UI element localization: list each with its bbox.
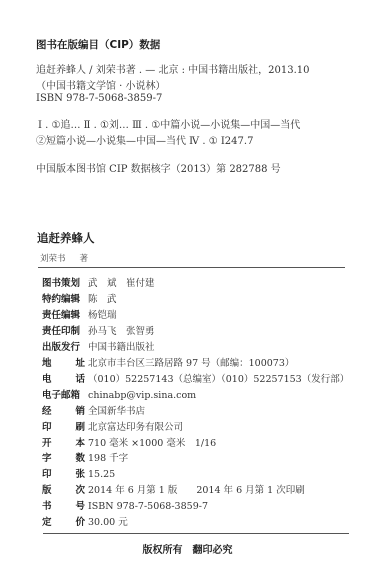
- credit-label: 地址: [42, 357, 85, 371]
- credit-row: 印刷北京富达印务有限公司: [42, 421, 183, 435]
- credit-label-part: 经: [42, 405, 52, 419]
- credit-label: 经销: [42, 405, 85, 419]
- credit-label-part: 责任编辑: [42, 309, 80, 323]
- credit-label-part: 印: [42, 468, 52, 482]
- credit-label: 电子邮箱: [42, 389, 85, 403]
- book-title: 追赶养蜂人: [37, 230, 95, 246]
- credit-value: 中国书籍出版社: [88, 341, 155, 355]
- credit-label-part: 价: [75, 516, 85, 530]
- copyright-text: 版权所有: [143, 545, 183, 556]
- credit-label-part: 电: [42, 373, 52, 387]
- cip-number: 中国版本图书馆 CIP 数据核字（2013）第 282788 号: [36, 160, 281, 175]
- credit-label-part: 图书策划: [42, 277, 80, 291]
- credit-value: （010）52257143（总编室）（010）52257153（发行部）: [88, 373, 349, 387]
- credit-label-part: 号: [75, 500, 85, 514]
- piracy-warning: 翻印必究: [193, 545, 233, 556]
- credit-value: 孙马飞 张智勇: [88, 325, 155, 339]
- credit-label: 开本: [42, 437, 85, 451]
- credit-row: 电话（010）52257143（总编室）（010）52257153（发行部）: [42, 373, 349, 387]
- credit-label-part: 张: [75, 468, 85, 482]
- author-name: 刘荣书: [40, 254, 66, 264]
- credit-label-part: 销: [75, 405, 85, 419]
- credit-label-part: 印: [42, 421, 52, 435]
- credit-row: 特约编辑陈 武: [42, 293, 117, 307]
- credit-label-part: 字: [42, 452, 52, 466]
- credit-value: 陈 武: [88, 293, 117, 307]
- copyright-notice: 版权所有翻印必究: [0, 541, 375, 556]
- cip-classification-line: ②短篇小说—小说集—中国—当代 Ⅳ . ① I247.7: [36, 132, 253, 147]
- credit-row: 定价30.00 元: [42, 516, 128, 530]
- credit-row: 责任编辑杨铠瑞: [42, 309, 117, 323]
- credit-row: 经销全国新华书店: [42, 405, 145, 419]
- credit-label: 字数: [42, 452, 85, 466]
- author-role: 著: [80, 254, 89, 264]
- credit-label: 责任印制: [42, 325, 85, 339]
- credit-label: 印张: [42, 468, 85, 482]
- credit-value: 全国新华书店: [88, 405, 145, 419]
- book-author: 刘荣书著: [40, 252, 88, 264]
- credit-row: 印张15.25: [42, 468, 115, 482]
- credit-label: 印刷: [42, 421, 85, 435]
- credit-label: 出版发行: [42, 341, 85, 355]
- credit-row: 版次2014 年 6 月第 1 版 2014 年 6 月第 1 次印刷: [42, 484, 305, 498]
- credit-label-part: 开: [42, 437, 52, 451]
- credit-label-part: 数: [75, 452, 85, 466]
- credit-label: 特约编辑: [42, 293, 85, 307]
- credit-label-part: 次: [75, 484, 85, 498]
- credit-label-part: 址: [75, 357, 85, 371]
- credit-label: 版次: [42, 484, 85, 498]
- credit-row: 字数198 千字: [42, 452, 128, 466]
- credit-row: 图书策划武 斌 崔付建: [42, 277, 155, 291]
- credit-label-part: 地: [42, 357, 52, 371]
- credit-label: 书号: [42, 500, 85, 514]
- credit-row: 书号ISBN 978-7-5068-3859-7: [42, 500, 208, 514]
- credit-label: 电话: [42, 373, 85, 387]
- credit-value: 北京富达印务有限公司: [88, 421, 183, 435]
- credit-label: 定价: [42, 516, 85, 530]
- credit-value: 198 千字: [88, 452, 128, 466]
- credit-label-part: 刷: [75, 421, 85, 435]
- divider-bottom: [43, 533, 349, 534]
- credit-value: ISBN 978-7-5068-3859-7: [88, 500, 208, 514]
- credit-value: 30.00 元: [88, 516, 128, 530]
- credit-value: chinabp@vip.sina.com: [88, 389, 196, 403]
- credit-value: 2014 年 6 月第 1 版 2014 年 6 月第 1 次印刷: [88, 484, 305, 498]
- credit-value: 15.25: [88, 468, 115, 482]
- credit-label-part: 话: [75, 373, 85, 387]
- credit-label: 图书策划: [42, 277, 85, 291]
- credit-label-part: 定: [42, 516, 52, 530]
- credit-label-part: 书: [42, 500, 52, 514]
- credit-row: 责任印制孙马飞 张智勇: [42, 325, 155, 339]
- credit-label-part: 特约编辑: [42, 293, 80, 307]
- credit-value: 武 斌 崔付建: [88, 277, 155, 291]
- divider-top: [38, 267, 345, 268]
- credit-label: 责任编辑: [42, 309, 85, 323]
- credit-label-part: 责任印制: [42, 325, 80, 339]
- credit-row: 开本710 毫米 ×1000 毫米 1/16: [42, 437, 216, 451]
- credit-row: 出版发行中国书籍出版社: [42, 341, 155, 355]
- cip-record-line: （中国书籍文学馆 · 小说林）: [36, 77, 166, 92]
- credit-row: 地址北京市丰台区三路居路 97 号（邮编：100073）: [42, 357, 294, 371]
- cip-classification-line: Ⅰ . ①追… Ⅱ . ①刘… Ⅲ . ①中篇小说—小说集—中国—当代: [38, 116, 300, 131]
- credit-value: 710 毫米 ×1000 毫米 1/16: [88, 437, 216, 451]
- cip-heading: 图书在版编目（CIP）数据: [36, 37, 160, 52]
- credit-value: 北京市丰台区三路居路 97 号（邮编：100073）: [88, 357, 294, 371]
- credit-value: 杨铠瑞: [88, 309, 117, 323]
- credit-label-part: 电子邮箱: [42, 389, 80, 403]
- credit-label-part: 版: [42, 484, 52, 498]
- cip-record-line: 追赶养蜂人 / 刘荣书著 . — 北京 : 中国书籍出版社，2013.10: [36, 61, 310, 76]
- cip-isbn-line: ISBN 978-7-5068-3859-7: [36, 93, 162, 104]
- credit-label-part: 出版发行: [42, 341, 80, 355]
- credit-row: 电子邮箱chinabp@vip.sina.com: [42, 389, 196, 403]
- credit-label-part: 本: [75, 437, 85, 451]
